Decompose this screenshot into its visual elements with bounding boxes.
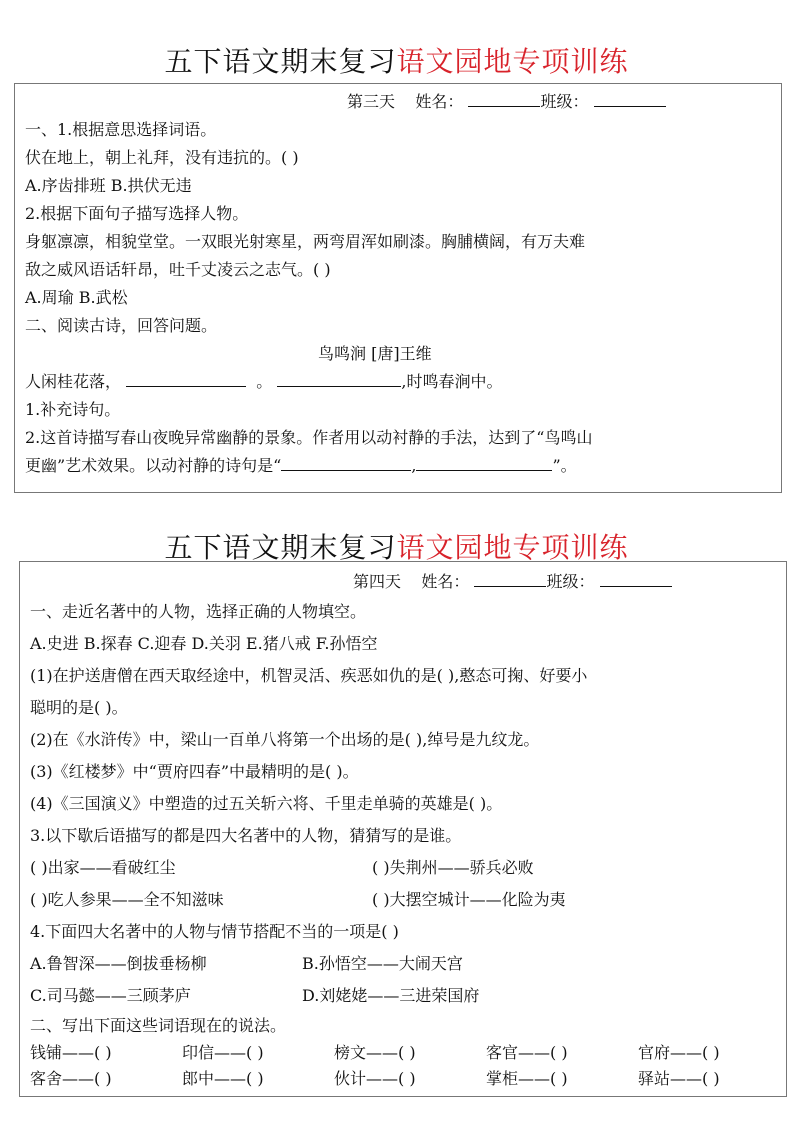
- p4: (4)《三国演义》中塑造的过五关斩六将、千里走单骑的英雄是( )。: [30, 791, 502, 817]
- word-row: 钱铺——( ) 印信——( ) 榜文——( ) 客官——( ) 官府——( ): [30, 1040, 768, 1066]
- word-item: 郎中——( ): [182, 1066, 334, 1092]
- day-label: 第三天: [347, 92, 395, 111]
- class-field[interactable]: [594, 90, 666, 107]
- p3: (3)《红楼梦》中“贾府四春”中最精明的是( )。: [30, 759, 359, 785]
- sheet1-header: 第三天 姓名： 班级：: [347, 89, 666, 115]
- p2: (2)在《水浒传》中，梁山一百单八将第一个出场的是( ),绰号是九纹龙。: [30, 727, 539, 753]
- q3-row1-a: ( )出家——看破红尘: [30, 855, 176, 881]
- poem-part-c: ,时鸣春涧中。: [401, 372, 502, 391]
- name-field[interactable]: [474, 570, 546, 587]
- poem-blank-1[interactable]: [126, 370, 246, 387]
- sheet2-box: 第四天 姓名： 班级： 一、走近名著中的人物，选择正确的人物填空。 A.史进 B…: [19, 561, 787, 1097]
- word-item: 驿站——( ): [638, 1066, 768, 1092]
- q4-option-c: C.司马懿——三顾茅庐: [30, 983, 191, 1009]
- word-item: 客官——( ): [486, 1040, 638, 1066]
- q1-heading: 一、1.根据意思选择词语。: [25, 117, 216, 143]
- answer-blank-1[interactable]: [281, 454, 411, 471]
- sheet2-title-black: 五下语文期末复习: [164, 531, 396, 564]
- name-label: 姓名：: [421, 572, 469, 591]
- s1-heading: 一、走近名著中的人物，选择正确的人物填空。: [30, 599, 366, 625]
- section2-heading: 二、阅读古诗，回答问题。: [25, 313, 217, 339]
- q2-heading: 2.根据下面句子描写选择人物。: [25, 201, 248, 227]
- close-quote: ”。: [552, 456, 576, 475]
- class-field[interactable]: [600, 570, 672, 587]
- word-item: 钱铺——( ): [30, 1040, 182, 1066]
- class-label: 班级：: [540, 92, 588, 111]
- word-item: 榜文——( ): [334, 1040, 486, 1066]
- q4-option-a: A.鲁智深——倒拔垂杨柳: [30, 951, 207, 977]
- q4-heading: 4.下面四大名著中的人物与情节搭配不当的一项是( ): [30, 919, 399, 945]
- q2-text-line2: 敌之威风语话轩昂，吐千丈凌云之志气。( ): [25, 257, 331, 283]
- q3-row1-b: ( )失荆州——骄兵必败: [372, 855, 534, 881]
- q3-row2-b: ( )大摆空城计——化险为夷: [372, 887, 566, 913]
- name-label: 姓名：: [415, 92, 463, 111]
- word-item: 客舍——( ): [30, 1066, 182, 1092]
- answer-blank-2[interactable]: [416, 454, 552, 471]
- name-field[interactable]: [468, 90, 540, 107]
- q1-options: A.序齿排班 B.拱伏无违: [25, 173, 192, 199]
- p1-line2: 聪明的是( )。: [30, 695, 128, 721]
- q4-option-b: B.孙悟空——大闹天宫: [302, 951, 463, 977]
- sheet1-title-black: 五下语文期末复习: [164, 45, 396, 78]
- sub-question-2-line2: 更幽”艺术效果。以动衬静的诗句是“,”。: [25, 453, 577, 479]
- q3-heading: 3.以下歇后语描写的都是四大名著中的人物，猜猜写的是谁。: [30, 823, 461, 849]
- q2-options: A.周瑜 B.武松: [25, 285, 128, 311]
- sheet2-title-red: 语文园地专项训练: [397, 531, 629, 564]
- poem-part-a: 人闲桂花落，: [25, 372, 121, 391]
- sub2-text: 更幽”艺术效果。以动衬静的诗句是“: [25, 456, 281, 475]
- class-label: 班级：: [546, 572, 594, 591]
- word-item: 印信——( ): [182, 1040, 334, 1066]
- q2-text-line1: 身躯凛凛，相貌堂堂。一双眼光射寒星，两弯眉浑如刷漆。胸脯横阔，有万夫难: [25, 229, 585, 255]
- sub-question-2-line1: 2.这首诗描写春山夜晚异常幽静的景象。作者用以动衬静的手法，达到了“鸟鸣山: [25, 425, 592, 451]
- word-grid: 钱铺——( ) 印信——( ) 榜文——( ) 客官——( ) 官府——( ) …: [30, 1040, 768, 1092]
- word-row: 客舍——( ) 郎中——( ) 伙计——( ) 掌柜——( ) 驿站——( ): [30, 1066, 768, 1092]
- p1-line1: (1)在护送唐僧在西天取经途中，机智灵活、疾恶如仇的是( ),憨态可掬、好要小: [30, 663, 587, 689]
- sheet1-box: 第三天 姓名： 班级： 一、1.根据意思选择词语。 伏在地上，朝上礼拜，没有违抗…: [14, 83, 782, 493]
- q4-option-d: D.刘姥姥——三进荣国府: [302, 983, 479, 1009]
- sub-question-1: 1.补充诗句。: [25, 397, 120, 423]
- poem-line: 人闲桂花落， 。 ,时鸣春涧中。: [25, 369, 502, 395]
- poem-title: 鸟鸣涧 [唐]王维: [318, 341, 432, 367]
- poem-part-b: 。: [256, 372, 272, 391]
- sheet1-title-red: 语文园地专项训练: [397, 45, 629, 78]
- day-label: 第四天: [353, 572, 401, 591]
- q3-row2-a: ( )吃人参果——全不知滋味: [30, 887, 224, 913]
- sheet2-header: 第四天 姓名： 班级：: [353, 569, 672, 595]
- word-item: 伙计——( ): [334, 1066, 486, 1092]
- poem-blank-2[interactable]: [277, 370, 401, 387]
- s2-heading: 二、写出下面这些词语现在的说法。: [30, 1013, 286, 1039]
- word-item: 掌柜——( ): [486, 1066, 638, 1092]
- q1-text: 伏在地上，朝上礼拜，没有违抗的。( ): [25, 145, 299, 171]
- s1-options: A.史进 B.探春 C.迎春 D.关羽 E.猪八戒 F.孙悟空: [30, 631, 377, 657]
- sheet1-title: 五下语文期末复习语文园地专项训练: [0, 44, 793, 80]
- word-item: 官府——( ): [638, 1040, 768, 1066]
